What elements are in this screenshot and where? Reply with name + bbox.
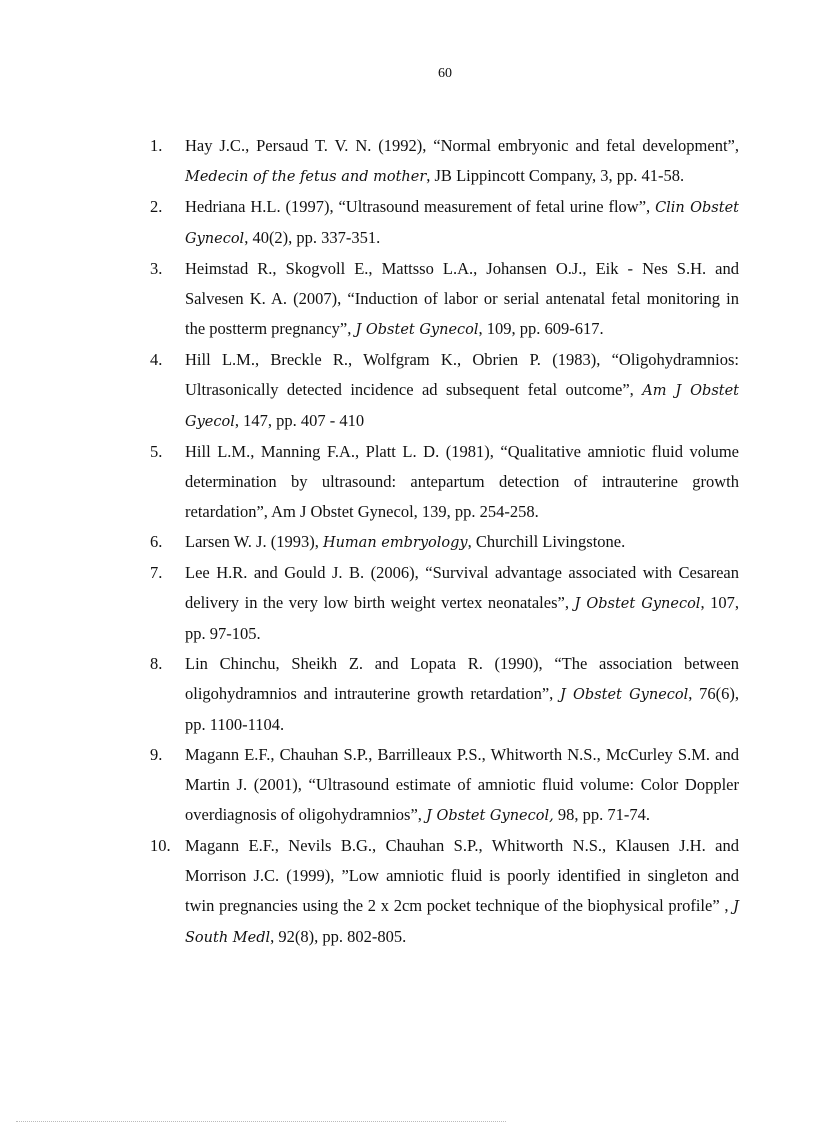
page-number: 60 <box>0 66 816 82</box>
reference-text: , 109, pp. 609-617. <box>479 319 604 338</box>
reference-item: 2. Hedriana H.L. (1997), “Ultrasound mea… <box>150 192 739 254</box>
reference-source-title: Medecin of the fetus and mother <box>185 169 426 185</box>
reference-text: , JB Lippincott Company, 3, pp. 41-58. <box>426 166 684 185</box>
reference-text: , Churchill Livingstone. <box>468 532 626 551</box>
reference-text: , 147, pp. 407 - 410 <box>235 411 364 430</box>
reference-number: 8. <box>150 649 162 679</box>
reference-text: Magann E.F., Nevils B.G., Chauhan S.P., … <box>185 836 739 915</box>
reference-text: Hay J.C., Persaud T. V. N. (1992), “Norm… <box>185 136 739 155</box>
reference-item: 9. Magann E.F., Chauhan S.P., Barrilleau… <box>150 740 739 831</box>
reference-number: 7. <box>150 558 162 588</box>
reference-number: 10. <box>150 831 171 861</box>
reference-text: Larsen W. J. (1993), <box>185 532 323 551</box>
reference-item: 6. Larsen W. J. (1993), Human embryology… <box>150 527 739 558</box>
reference-text: Hedriana H.L. (1997), “Ultrasound measur… <box>185 197 655 216</box>
footer-divider <box>16 1121 506 1122</box>
reference-number: 5. <box>150 437 162 467</box>
reference-source-title: Human embryology <box>323 535 468 551</box>
reference-source-title: J Obstet Gynecol <box>355 322 478 338</box>
reference-source-title: J Obstet Gynecol <box>560 687 688 703</box>
reference-number: 6. <box>150 527 162 557</box>
reference-item: 8. Lin Chinchu, Sheikh Z. and Lopata R. … <box>150 649 739 740</box>
reference-item: 3. Heimstad R., Skogvoll E., Mattsso L.A… <box>150 254 739 345</box>
reference-text: 98, pp. 71-74. <box>554 805 650 824</box>
reference-list: 1. Hay J.C., Persaud T. V. N. (1992), “N… <box>150 131 739 953</box>
reference-text: , 40(2), pp. 337-351. <box>244 228 380 247</box>
reference-item: 4.Hill L.M., Breckle R., Wolfgram K., Ob… <box>150 345 739 437</box>
reference-text: Hill L.M., Manning F.A., Platt L. D. (19… <box>185 442 739 521</box>
reference-number: 3. <box>150 254 162 284</box>
reference-text: , 92(8), pp. 802-805. <box>270 927 406 946</box>
reference-number: 9. <box>150 740 162 770</box>
reference-item: 1. Hay J.C., Persaud T. V. N. (1992), “N… <box>150 131 739 192</box>
reference-item: 7. Lee H.R. and Gould J. B. (2006), “Sur… <box>150 558 739 649</box>
reference-number: 1. <box>150 131 162 161</box>
reference-number: 4. <box>150 345 162 375</box>
reference-source-title: J Obstet Gynecol, <box>426 808 554 824</box>
reference-item: 5. Hill L.M., Manning F.A., Platt L. D. … <box>150 437 739 527</box>
reference-source-title: J Obstet Gynecol <box>575 596 701 612</box>
reference-number: 2. <box>150 192 162 222</box>
reference-item: 10. Magann E.F., Nevils B.G., Chauhan S.… <box>150 831 739 953</box>
